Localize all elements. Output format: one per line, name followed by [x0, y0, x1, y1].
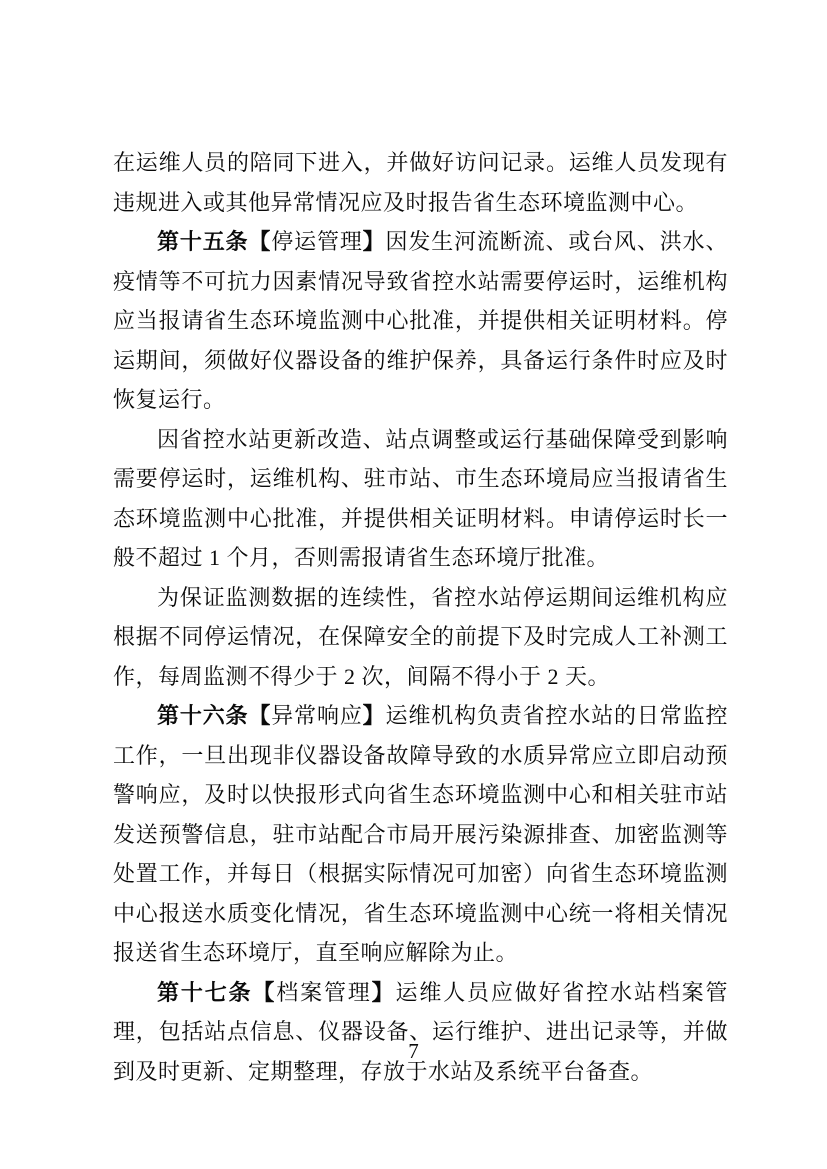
paragraph-text: 为保证监测数据的连续性，省控水站停运期间运维机构应根据不同停运情况，在保障安全的…	[113, 585, 728, 689]
paragraph: 在运维人员的陪同下进入，并做好访问记录。运维人员发现有违规进入或其他异常情况应及…	[113, 143, 728, 222]
article-number: 第十七条	[157, 980, 252, 1005]
paragraph: 因省控水站更新改造、站点调整或运行基础保障受到影响需要停运时，运维机构、驻市站、…	[113, 420, 728, 578]
paragraph: 第十七条【档案管理】运维人员应做好省控水站档案管理，包括站点信息、仪器设备、运行…	[113, 973, 728, 1092]
paragraph: 为保证监测数据的连续性，省控水站停运期间运维机构应根据不同停运情况，在保障安全的…	[113, 578, 728, 697]
bracket-close: 】	[363, 703, 386, 728]
article-number: 第十六条	[157, 703, 248, 728]
bracket-open: 【	[248, 229, 271, 254]
paragraph-text: 因发生河流断流、或台风、洪水、疫情等不可抗力因素情况导致省控水站需要停运时，运维…	[113, 229, 728, 412]
bracket-open: 【	[252, 980, 276, 1005]
bracket-close: 】	[372, 980, 396, 1005]
paragraph-text: 因省控水站更新改造、站点调整或运行基础保障受到影响需要停运时，运维机构、驻市站、…	[113, 427, 728, 571]
paragraph: 第十五条【停运管理】因发生河流断流、或台风、洪水、疫情等不可抗力因素情况导致省控…	[113, 222, 728, 420]
bracket-open: 【	[248, 703, 271, 728]
document-page: 在运维人员的陪同下进入，并做好访问记录。运维人员发现有违规进入或其他异常情况应及…	[0, 0, 827, 1169]
article-title: 停运管理	[271, 229, 362, 254]
paragraph-text: 在运维人员的陪同下进入，并做好访问记录。运维人员发现有违规进入或其他异常情况应及…	[113, 150, 728, 215]
paragraph-text: 运维机构负责省控水站的日常监控工作，一旦出现非仪器设备故障导致的水质异常应立即启…	[113, 703, 728, 965]
bracket-close: 】	[363, 229, 386, 254]
article-number: 第十五条	[157, 229, 248, 254]
page-number: 7	[0, 1036, 827, 1066]
article-title: 档案管理	[276, 980, 371, 1005]
text-block: 在运维人员的陪同下进入，并做好访问记录。运维人员发现有违规进入或其他异常情况应及…	[113, 143, 728, 1091]
article-title: 异常响应	[271, 703, 362, 728]
paragraph: 第十六条【异常响应】运维机构负责省控水站的日常监控工作，一旦出现非仪器设备故障导…	[113, 696, 728, 973]
